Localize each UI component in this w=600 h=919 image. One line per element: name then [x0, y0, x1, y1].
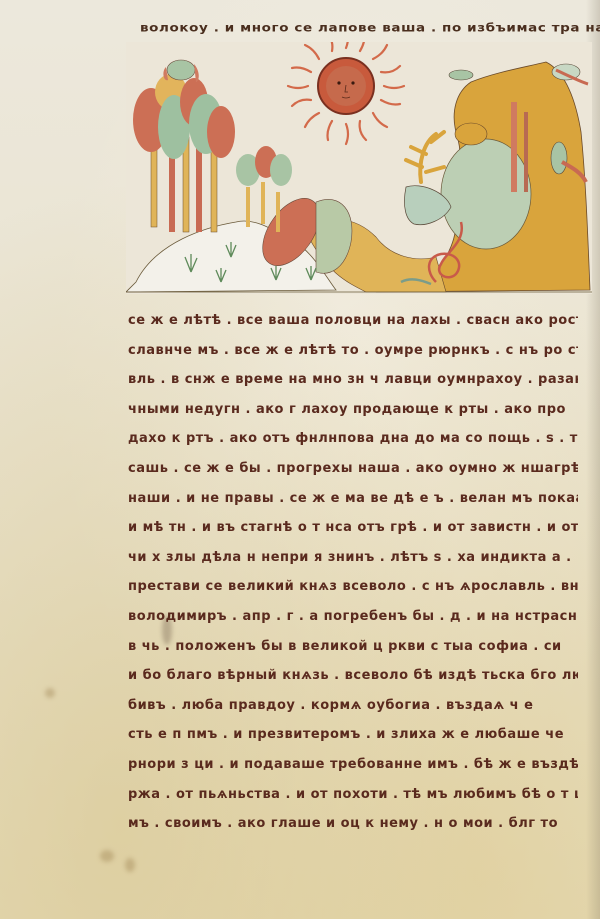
text-line: наши . и не правы . се ж е ма ве дѣ е ъ …: [128, 484, 578, 514]
text-line: сть е п пмъ . и презвитеромъ . и злиха ж…: [128, 720, 578, 750]
text-line: в чь . положенъ бы в великой ц ркви с ты…: [128, 632, 578, 662]
text-line: славнче мъ . все ж е лѣтѣ то . оумре рюр…: [128, 336, 578, 366]
text-line: се ж е лѣтѣ . все ваша половци на лахы .…: [128, 306, 578, 336]
text-line: дахо к ртъ . ако отъ фнлнпова дна до ма …: [128, 424, 578, 454]
text-line: чными недугн . ако г лахоу продающе к рт…: [128, 395, 578, 425]
stain: [125, 858, 135, 872]
illuminated-miniature: [126, 42, 592, 294]
top-text-line: волокоу . и много се лапове ваша . по из…: [140, 21, 590, 35]
stain: [45, 688, 55, 698]
text-line: сашь . се ж е бы . прогрехы наша . ако о…: [128, 454, 578, 484]
text-line: вль . в снж е време на мно зн ч лавци оу…: [128, 365, 578, 395]
parchment-page: волокоу . и много се лапове ваша . по из…: [0, 0, 600, 919]
text-line: бивъ . люба правдоу . кормѧ оубогиа . въ…: [128, 691, 578, 721]
text-line: и мѣ тн . и въ стагнѣ о т нса отъ грѣ . …: [128, 513, 578, 543]
text-line: чи х злы дѣла н непри я знинъ . лѣтъ ѕ .…: [128, 543, 578, 573]
manuscript-text-block: се ж е лѣтѣ . все ваша половци на лахы .…: [128, 306, 578, 839]
text-line: престави се великий кнѧз всеволо . с нъ …: [128, 572, 578, 602]
text-line: мъ . своимъ . ако глаше и оц к нему . н …: [128, 809, 578, 839]
text-line: володимиръ . апр . г . а погребенъ бы . …: [128, 602, 578, 632]
text-line: ржа . от пьѧньства . и от похоти . тѣ мъ…: [128, 780, 578, 810]
text-line: рнори з ци . и подаваше требованне имъ .…: [128, 750, 578, 780]
beast-head-icon: [455, 123, 487, 145]
text-line: и бо благо вѣрный кнѧзь . всеволо бѣ изд…: [128, 661, 578, 691]
stain: [100, 850, 114, 862]
green-mound-icon: [441, 139, 531, 249]
